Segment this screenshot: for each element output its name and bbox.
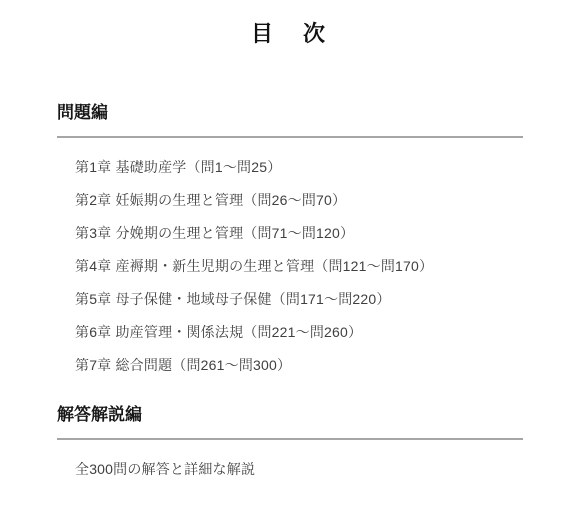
section-problems: 問題編 第1章 基礎助産学（問1〜問25） 第2章 妊娠期の生理と管理（問26〜… <box>57 102 523 375</box>
section-answers: 解答解説編 全300問の解答と詳細な解説 <box>57 404 523 479</box>
toc-entry-ch1: 第1章 基礎助産学（問1〜問25） <box>75 157 523 177</box>
page-title: 目 次 <box>57 22 523 46</box>
chapter-list: 第1章 基礎助産学（問1〜問25） 第2章 妊娠期の生理と管理（問26〜問70）… <box>57 157 523 375</box>
toc-entry-ch2: 第2章 妊娠期の生理と管理（問26〜問70） <box>75 190 523 210</box>
answers-list: 全300問の解答と詳細な解説 <box>57 459 523 479</box>
toc-entry-ch7: 第7章 総合問題（問261〜問300） <box>75 355 523 375</box>
toc-entry-ch4: 第4章 産褥期・新生児期の生理と管理（問121〜問170） <box>75 256 523 276</box>
toc-page: 目 次 問題編 第1章 基礎助産学（問1〜問25） 第2章 妊娠期の生理と管理（… <box>0 0 572 521</box>
section-heading-answers: 解答解説編 <box>57 404 523 426</box>
toc-entry-ch3: 第3章 分娩期の生理と管理（問71〜問120） <box>75 223 523 243</box>
toc-entry-ch6: 第6章 助産管理・関係法規（問221〜問260） <box>75 322 523 342</box>
section-heading-problems: 問題編 <box>57 102 523 124</box>
answers-note: 全300問の解答と詳細な解説 <box>75 459 523 479</box>
section-divider <box>57 136 523 138</box>
section-divider <box>57 438 523 440</box>
toc-entry-ch5: 第5章 母子保健・地域母子保健（問171〜問220） <box>75 289 523 309</box>
